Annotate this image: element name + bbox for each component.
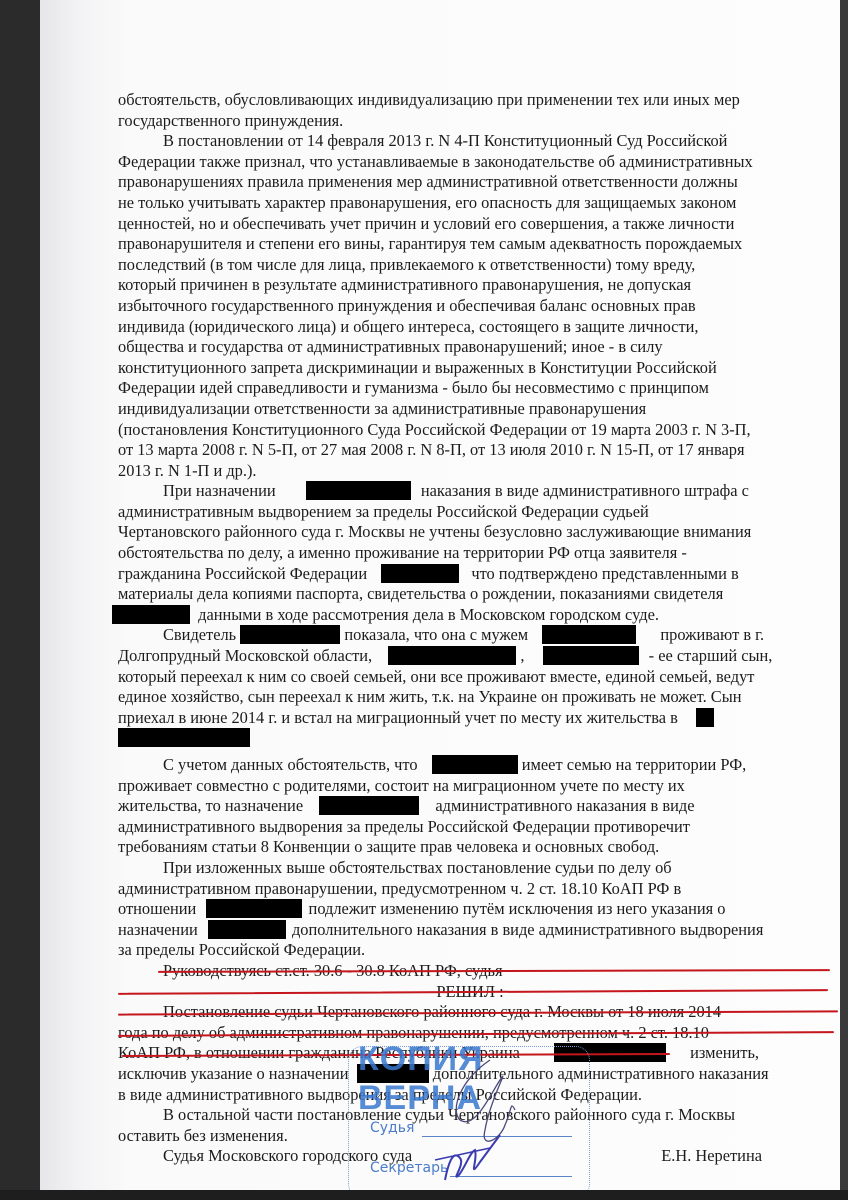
text-fragment: При назначении xyxy=(163,481,276,500)
text-fragment: отношении xyxy=(118,899,196,918)
text-line: материалы дела копиями паспорта, свидете… xyxy=(118,584,822,605)
text-line: правонарушениях правила применения мер а… xyxy=(118,172,822,193)
text-fragment: - ее старший сын, xyxy=(649,646,773,665)
text-line: назначении дополнительного наказания в в… xyxy=(118,920,822,941)
signer-name: Е.Н. Неретина xyxy=(661,1146,762,1167)
text-line: (постановления Конституционного Суда Рос… xyxy=(118,420,822,441)
text-line: гражданина Российской Федерации что подт… xyxy=(118,564,822,585)
scan-edge-bottom xyxy=(0,1190,848,1200)
text-line: от 13 марта 2008 г. N 5-П, от 27 мая 200… xyxy=(118,440,822,461)
text-line: данными в ходе рассмотрения дела в Моско… xyxy=(118,605,822,626)
text-line: который причинен в результате администра… xyxy=(118,275,822,296)
text-line: государственного принуждения. xyxy=(118,111,822,132)
redaction xyxy=(118,728,250,747)
text-line: В постановлении от 14 февраля 2013 г. N … xyxy=(118,131,822,152)
text-line: При изложенных выше обстоятельствах пост… xyxy=(118,858,822,879)
text-fragment: приехал в июне 2014 г. и встал на миграц… xyxy=(118,708,678,727)
text-line: общества и государства от административн… xyxy=(118,337,822,358)
text-line: избыточного государственного принуждения… xyxy=(118,296,822,317)
redaction xyxy=(432,755,518,774)
text-line: который переехал к ним со своей семьей, … xyxy=(118,667,822,688)
text-line: административном правонарушении, предусм… xyxy=(118,879,822,900)
document-page: обстоятельств, обусловливающих индивидуа… xyxy=(40,0,848,1190)
text-line: конституционного запрета дискриминации и… xyxy=(118,358,822,379)
text-fragment: жительства, то назначение xyxy=(118,796,303,815)
text-fragment: дополнительного наказания в виде админис… xyxy=(292,920,763,939)
text-line: обстоятельства по делу, а именно прожива… xyxy=(118,543,822,564)
text-line: С учетом данных обстоятельств, что имеет… xyxy=(118,755,822,776)
text-line: административным выдворением за пределы … xyxy=(118,502,822,523)
text-fragment: изменить, xyxy=(690,1043,759,1062)
text-line: Долгопрудный Московской области, , - ее … xyxy=(118,646,822,667)
text-line: последствий (в том числе для лица, привл… xyxy=(118,255,822,276)
text-line: единое хозяйство, сын переехал к ним жит… xyxy=(118,687,822,708)
text-fragment: что подтверждено представленными в xyxy=(471,564,738,583)
redaction xyxy=(208,920,286,939)
redaction xyxy=(112,605,190,624)
text-line: приехал в июне 2014 г. и встал на миграц… xyxy=(118,708,822,729)
text-line: отношении подлежит изменению путём исклю… xyxy=(118,899,822,920)
text-fragment: наказания в виде административного штраф… xyxy=(421,481,749,500)
redaction xyxy=(543,646,639,665)
scan-edge-right xyxy=(840,0,848,1200)
text-fragment: назначении xyxy=(118,920,198,939)
text-line: за пределы Российской Федерации. xyxy=(118,940,822,961)
text-line: жительства, то назначение административн… xyxy=(118,796,822,817)
redaction xyxy=(696,708,714,727)
text-line: индивида (юридического лица) и общего ин… xyxy=(118,317,822,338)
text-line: индивидуализации ответственности за адми… xyxy=(118,399,822,420)
text-line: правонарушителя и степени его вины, гара… xyxy=(118,234,822,255)
redaction xyxy=(306,481,411,500)
redaction xyxy=(240,625,340,644)
text-fragment: подлежит изменению путём исключения из н… xyxy=(309,899,726,918)
text-line: 2013 г. N 1-П и др.). xyxy=(118,461,822,482)
text-fragment: Свидетель xyxy=(163,625,236,644)
text-fragment: С учетом данных обстоятельств, что xyxy=(163,755,418,774)
text-fragment: проживают в г. xyxy=(660,625,764,644)
text-line: административного выдворения за пределы … xyxy=(118,817,822,838)
redaction xyxy=(206,899,302,918)
text-fragment: Долгопрудный Московской области, xyxy=(118,646,372,665)
text-line: проживает совместно с родителями, состои… xyxy=(118,776,822,797)
text-line: Чертановского районного суда г. Москвы н… xyxy=(118,522,822,543)
text-line: ценностей, но и обеспечивать учет причин… xyxy=(118,214,822,235)
text-line: обстоятельств, обусловливающих индивидуа… xyxy=(118,90,822,111)
text-line: При назначении наказания в виде админист… xyxy=(118,481,822,502)
text-fragment: имеет семью на территории РФ, xyxy=(522,755,747,774)
redaction xyxy=(542,625,636,644)
text-line: Свидетель показала, что она с мужем прож… xyxy=(118,625,822,646)
text-line xyxy=(118,728,822,749)
text-fragment: данными в ходе рассмотрения дела в Моско… xyxy=(198,605,659,624)
text-line: требованиям статьи 8 Конвенции о защите … xyxy=(118,837,822,858)
text-fragment: гражданина Российской Федерации xyxy=(118,564,367,583)
handwritten-signature-icon xyxy=(340,1040,600,1200)
text-line: Федерации идей справедливости и гуманизм… xyxy=(118,378,822,399)
document-body: обстоятельств, обусловливающих индивидуа… xyxy=(118,90,822,1167)
text-fragment: , xyxy=(520,646,524,665)
redaction xyxy=(388,646,516,665)
text-fragment: показала, что она с мужем xyxy=(344,625,528,644)
text-fragment: исключив указание о назначении xyxy=(118,1064,349,1083)
text-line: не только учитывать характер правонаруше… xyxy=(118,193,822,214)
redaction xyxy=(319,796,419,815)
text-fragment: административного наказания в виде xyxy=(435,796,694,815)
text-line: Федерации также признал, что устанавлива… xyxy=(118,152,822,173)
redaction xyxy=(381,564,459,583)
certified-copy-stamp: КОПИЯ ВЕРНА Судья Секретарь xyxy=(340,1040,600,1195)
